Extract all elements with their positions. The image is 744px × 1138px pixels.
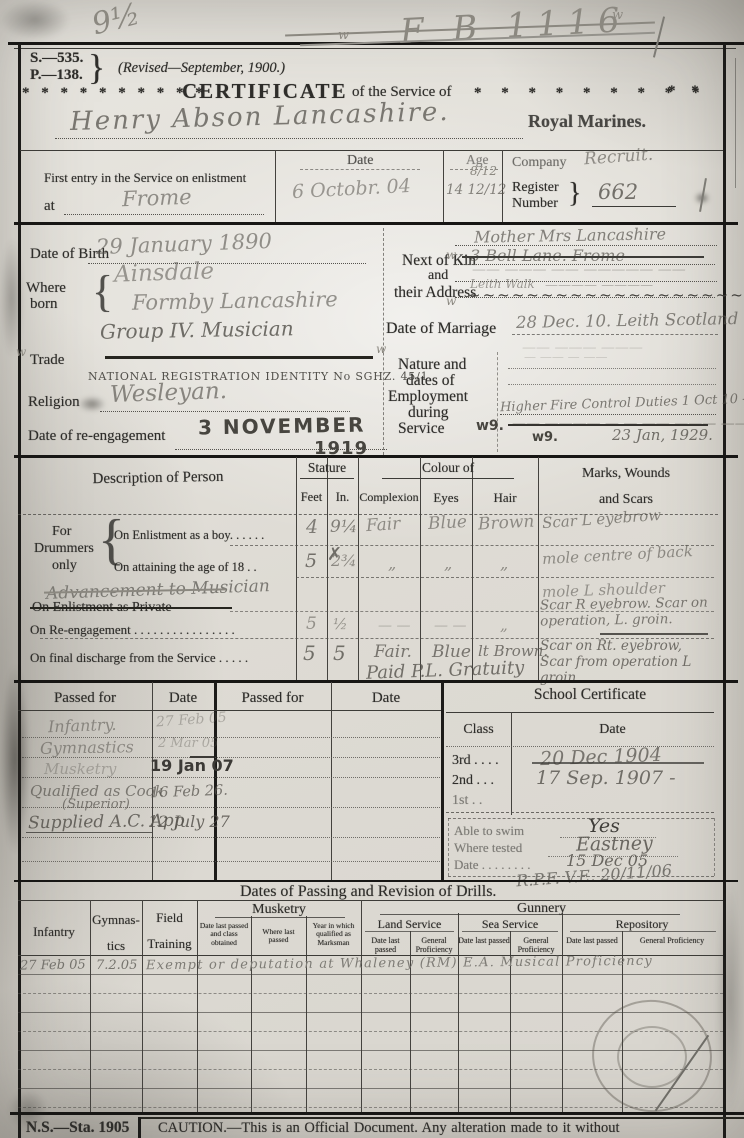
musketry-header: Musketry [197, 902, 361, 918]
entry-underline [26, 832, 152, 833]
born-place-value-2: Formby Lancashire [132, 287, 338, 315]
w9-pencil-note: w9. [476, 418, 504, 434]
strike-line [105, 356, 373, 359]
entry-line [64, 214, 264, 215]
table-line [306, 916, 307, 1113]
school-class-row: 3rd . . . . [452, 753, 499, 769]
marks-header-2: and Scars [538, 492, 714, 508]
gymnastics-header-2: tics [90, 938, 142, 954]
asterisk-row-left: * * * * * * * * * * [22, 85, 207, 102]
date-header-1: Date [152, 690, 214, 707]
company-value: Recruit. [583, 145, 653, 170]
eyes-value: Blue [428, 512, 468, 534]
colour-of-header: Colour of [358, 460, 538, 476]
scanned-certificate-page: 9½ F B 1116 w w S.—535. P.—138. } (Revis… [0, 0, 744, 1138]
marks-header-1: Marks, Wounds [538, 466, 714, 482]
caution-box-line [138, 1117, 141, 1138]
employment-entry: Higher Fire Control Duties 1 Oct 10 - [500, 392, 744, 416]
passed-entry-label: Gymnastics [40, 737, 134, 758]
marriage-label: Date of Marriage [386, 320, 496, 338]
table-line [380, 914, 680, 915]
pen-stroke [699, 178, 707, 212]
class-header: Class [446, 722, 511, 738]
table-line [365, 931, 454, 932]
caution-box-line [138, 1117, 744, 1119]
box-line [448, 818, 449, 876]
school-class-row: 1st . . [452, 793, 482, 809]
frame-right-line [723, 44, 726, 1138]
drummers-label-2: Drummers [34, 541, 94, 557]
revised-note: (Revised—September, 1900.) [118, 60, 285, 77]
entry-line [512, 334, 718, 335]
ink-smudge [78, 396, 106, 412]
eyes-header: Eyes [420, 490, 472, 506]
school-date-header: Date [511, 722, 714, 738]
where-tested-label: Where tested [454, 840, 522, 856]
pencil-verification-note: R.P.F. V.E. 20/11/06 [516, 861, 673, 891]
asterisk-row-end: * * [668, 83, 705, 100]
inches-header: In. [327, 490, 358, 505]
description-person-header: Description of Person [38, 468, 278, 489]
frame-edge-line [735, 58, 736, 188]
hair-header: Hair [472, 490, 538, 506]
able-to-swim-label: Able to swim [454, 823, 524, 839]
scan-smudge [0, 0, 70, 40]
inches-value: 5 [333, 641, 346, 665]
description-row-label: On Enlistment as a boy. . . . . . [114, 528, 264, 543]
marriage-value: 28 Dec. 10. Leith Scotland [516, 309, 739, 332]
overline-mark [190, 756, 214, 758]
table-line [152, 682, 153, 880]
form-reference: N.S.—Sta. 1905 [26, 1119, 129, 1137]
inches-value: 9¼ [330, 517, 357, 537]
passed-entry-date: 16 Feb 26. [150, 783, 228, 802]
school-class-row: 2nd . . . [452, 773, 494, 789]
repository-header: Repository [562, 917, 722, 932]
pen-squiggle: w [16, 345, 26, 359]
pen-squiggle: w [612, 8, 623, 23]
kin-address-line: —— ——— —— ————— —— [472, 262, 686, 278]
table-line [296, 577, 714, 578]
feet-header: Feet [296, 490, 327, 505]
brace-glyph: } [568, 178, 581, 210]
next-of-kin-label-3: their Address [394, 284, 476, 302]
date-last-passed-subheader: Date last passed [361, 936, 410, 954]
table-line [251, 916, 252, 1113]
description-row-label: On attaining the age of 18 . . [114, 560, 257, 575]
complexion-header: Complexion [358, 490, 420, 505]
reengagement-date-value: 3 NOVEMBER [198, 413, 366, 440]
passed-entry-label-2: (Superior) [62, 797, 130, 812]
infantry-header: Infantry [18, 924, 90, 940]
table-line [18, 993, 723, 994]
description-row-label: On final discharge from the Service . . … [30, 650, 248, 666]
entry-line [508, 384, 716, 385]
reengagement-label: Date of re-engagement [28, 428, 165, 445]
marks-value: Scar L eyebrow [542, 506, 662, 532]
where-born-label-1: Where [26, 280, 66, 297]
drills-handwritten-note: Exempt or deputation at Whaleney (RM) E.… [146, 954, 653, 973]
religion-label: Religion [28, 394, 80, 411]
sea-service-header: Sea Service [458, 917, 562, 932]
where-born-label-2: born [30, 296, 58, 313]
at-label: at [44, 198, 55, 215]
table-line [331, 682, 332, 880]
box-line [714, 818, 715, 876]
drills-infantry-value: 27 Feb 05 [20, 957, 86, 973]
register-label-2: Number [512, 196, 558, 212]
drummers-label-3: only [52, 558, 77, 574]
complexion-value: „ [388, 554, 396, 573]
date-header-2: Date [331, 690, 441, 707]
musketry-subheader-3: Year in which qualified as Marksman [308, 922, 359, 947]
stature-header: Stature [296, 460, 358, 476]
pen-squiggle: w [446, 248, 456, 262]
passed-entry-date: 19 Jan 07 [150, 756, 234, 775]
marks-value: Scar on Rt. eyebrow, Scar from operation… [540, 638, 714, 686]
eyes-value: „ [444, 554, 452, 573]
drills-gymnastics-value: 7.2.05 [96, 958, 137, 973]
passed-entry-date: 12 July 27 [148, 812, 230, 831]
employment-label-5: Service [398, 420, 444, 438]
feet-value: 5 [303, 641, 316, 665]
first-entry-label: First entry in the Service on enlistment [44, 170, 246, 186]
complexion-value: Fair [365, 514, 401, 536]
company-label: Company [512, 155, 566, 171]
table-line [300, 169, 420, 170]
entry-line [500, 414, 716, 415]
date-last-passed-subheader: Date last passed [458, 936, 510, 945]
gymnastics-header-1: Gymnas- [90, 912, 142, 928]
frame-top-line-2 [14, 48, 736, 49]
school-certificate-title: School Certificate [470, 686, 710, 704]
pen-squiggle: w [376, 342, 386, 356]
inches-pencil-cross: ✗ [327, 544, 342, 565]
employment-faint-entry: — —— — —— [524, 350, 607, 364]
school-date-value: 17 Sep. 1907 - [536, 767, 676, 789]
drummers-label-1: For [52, 524, 71, 540]
passed-entry-label: Infantry. [48, 715, 117, 736]
field-training-header-1: Field [142, 910, 197, 926]
table-line [443, 150, 444, 224]
service-member-name: Henry Abson Lancashire. [70, 97, 450, 137]
age-pencil-correction: 8/12 [470, 164, 497, 178]
table-line [18, 710, 441, 711]
passed-for-header-2: Passed for [214, 690, 331, 707]
form-number-1: S.—535. [30, 50, 83, 67]
passed-entry-label: Musketry [44, 760, 116, 778]
caution-text: CAUTION.—This is an Official Document. A… [158, 1120, 620, 1137]
hair-value: „ [500, 554, 508, 573]
description-row-label: On Re-engagement . . . . . . . . . . . .… [30, 622, 235, 638]
marks-value: Scar R eyebrow. Scar on operation, L. gr… [540, 594, 715, 629]
enlistment-date-value: 6 Octobr. 04 [292, 175, 412, 203]
table-line [18, 974, 723, 975]
table-line [18, 1107, 723, 1108]
table-line [300, 478, 354, 479]
next-of-kin-label-2: and [428, 268, 448, 284]
general-proficiency-subheader: General Proficiency [510, 936, 562, 954]
strike-line [30, 607, 232, 609]
name-underline [55, 138, 523, 139]
table-line [90, 900, 91, 1113]
kin-address-line-scribbled: ~~~~~~~~~~~~~~~~~~~~~~ [468, 286, 744, 304]
section-divider [14, 455, 738, 458]
table-line [142, 900, 143, 1113]
trade-label: Trade [30, 352, 64, 369]
table-line [275, 150, 276, 224]
brace-glyph: } [88, 46, 105, 88]
register-number-value: 662 [598, 180, 638, 204]
complexion-value: Fair. [374, 642, 412, 662]
passed-for-header-1: Passed for [18, 690, 152, 707]
pen-squiggle: w [338, 28, 349, 43]
table-line [22, 837, 440, 838]
corps-label: Royal Marines. [528, 111, 646, 132]
table-line [197, 900, 198, 1113]
hair-value: Brown [478, 512, 535, 535]
dob-value: 29 January 1890 [96, 229, 273, 259]
feet-value: 5 [306, 614, 317, 634]
frame-bottom-line [10, 1112, 744, 1115]
w9-pencil-note: w9. [532, 430, 558, 445]
table-line [22, 861, 440, 862]
enlistment-place-value: Frome [122, 185, 192, 211]
entry-line [100, 411, 350, 412]
strike-line [462, 256, 704, 258]
eyes-value: — — [434, 618, 466, 634]
musketry-subheader-2: Where last passed [253, 928, 304, 945]
table-line [462, 931, 558, 932]
table-line [382, 478, 514, 479]
born-place-value-1: Ainsdale [114, 258, 215, 287]
strike-line [532, 762, 704, 764]
feet-value: 4 [306, 516, 318, 538]
table-line [446, 712, 714, 713]
register-label-1: Register [512, 180, 559, 196]
section-divider [14, 880, 738, 882]
date-last-passed-subheader: Date last passed [562, 936, 622, 945]
form-number-2: P.—138. [30, 67, 83, 84]
group-pencil-note: Group IV. Musician [100, 316, 294, 343]
employment-date-note: 23 Jan, 1929. [612, 426, 713, 444]
entry-line [592, 206, 676, 207]
entry-line [508, 368, 716, 369]
hair-value: „ [500, 616, 508, 634]
date-column-header: Date [347, 153, 373, 169]
brace-glyph: { [92, 266, 113, 317]
passed-entry-date: 2 Mar 05 [158, 736, 218, 751]
column-divider [497, 352, 498, 452]
enlistment-age-value: 14 12/12 [446, 182, 506, 198]
box-line [448, 818, 714, 819]
table-line [446, 812, 714, 813]
complexion-value: — — [378, 618, 410, 634]
section-divider [14, 680, 738, 683]
general-proficiency-subheader: General Proficiency [410, 936, 458, 954]
drills-title: Dates of Passing and Revision of Drills. [240, 883, 496, 901]
general-proficiency-subheader: General Proficiency [622, 936, 722, 945]
table-line [215, 917, 345, 918]
table-line [441, 682, 444, 880]
field-training-header-2: Training [142, 936, 197, 952]
kin-address-line: Mother Mrs Lancashire [474, 224, 666, 246]
musketry-subheader-1: Date last passed and class obtained [199, 922, 249, 947]
feet-value: 5 [305, 550, 317, 572]
pencil-fraction-annotation: 9½ [88, 0, 143, 42]
inches-value: ½ [333, 615, 348, 633]
pen-arrow [600, 633, 708, 635]
table-line [570, 931, 716, 932]
religion-value: Wesleyan. [110, 378, 228, 408]
land-service-header: Land Service [361, 917, 458, 932]
